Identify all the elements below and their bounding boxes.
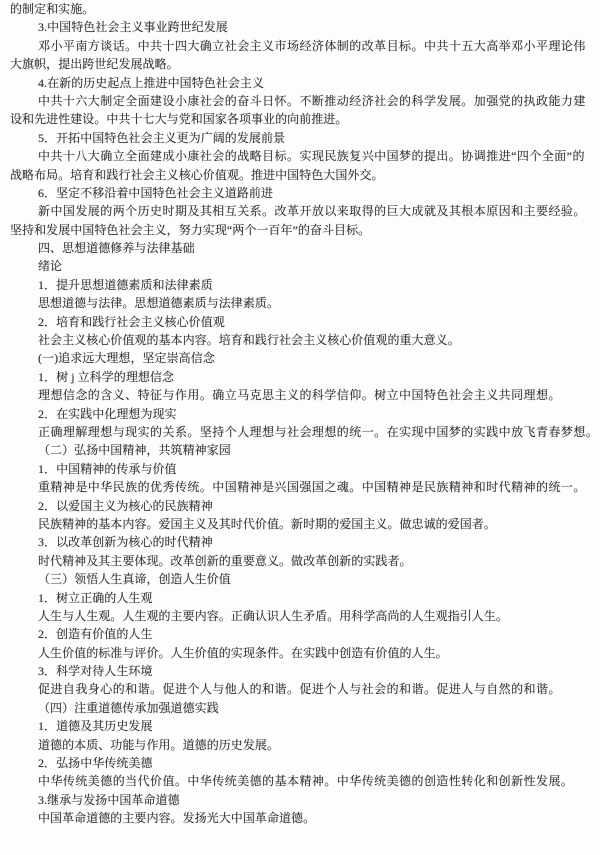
text-line: 3．以改革创新为核心的时代精神 [10, 533, 590, 551]
text-line: 2．在实践中化理想为现实 [10, 405, 590, 423]
text-line: 绪论 [10, 257, 590, 275]
text-line: （四）注重道德传承加强道德实践 [10, 699, 590, 717]
text-line: 6．坚定不移沿着中国特色社会主义道路前进 [10, 184, 590, 202]
text-line: 中共十八大确立全面建成小康社会的战略目标。实现民族复兴中国梦的提出。协调推进“四… [10, 147, 590, 165]
text-line: 战略布局。培育和践行社会主义核心价值观。推进中国特色大国外交。 [10, 166, 590, 184]
text-line: 设和先进性建设。中共十七大与党和国家各项事业的向前推进。 [10, 110, 590, 128]
text-line: 3．科学对待人生环境 [10, 662, 590, 680]
text-line: 的制定和实施。 [10, 0, 590, 18]
text-line: （二）弘扬中国精神，共筑精神家园 [10, 441, 590, 459]
text-line: 5．开拓中国特色社会主义更为广阔的发展前景 [10, 129, 590, 147]
text-line: 正确理解理想与现实的关系。坚持个人理想与社会理想的统一。在实现中国梦的实践中放飞… [10, 423, 590, 441]
text-line: 时代精神及其主要体现。改革创新的重要意义。做改革创新的实践者。 [10, 552, 590, 570]
text-line: 1．树立正确的人生观 [10, 589, 590, 607]
text-line: （三）领悟人生真谛，创造人生价值 [10, 570, 590, 588]
text-line: 重精神是中华民族的优秀传统。中国精神是兴国强国之魂。中国精神是民族精神和时代精神… [10, 478, 590, 496]
text-line: 人生价值的标准与评价。人生价值的实现条件。在实践中创造有价值的人生。 [10, 644, 590, 662]
text-line: 2．培育和践行社会主义核心价值观 [10, 313, 590, 331]
text-line: 邓小平南方谈话。中共十四大确立社会主义市场经济体制的改革目标。中共十五大高举邓小… [10, 37, 590, 55]
text-line: 2．以爱国主义为核心的民族精神 [10, 497, 590, 515]
text-line: 社会主义核心价值观的基本内容。培育和践行社会主义核心价值观的重大意义。 [10, 331, 590, 349]
text-line: 人生与人生观。人生观的主要内容。正确认识人生矛盾。用科学高尚的人生观指引人生。 [10, 607, 590, 625]
text-line: 道德的本质、功能与作用。道德的历史发展。 [10, 736, 590, 754]
text-line: 大旗帜，提出跨世纪发展战略。 [10, 55, 590, 73]
text-line: 中共十六大制定全面建设小康社会的奋斗日怀。不断推动经济社会的科学发展。加强党的执… [10, 92, 590, 110]
text-line: 4.在新的历史起点上推进中国特色社会主义 [10, 74, 590, 92]
text-line: 中国革命道德的主要内容。发扬光大中国革命道德。 [10, 809, 590, 827]
text-line: 2．创造有价值的人生 [10, 625, 590, 643]
text-line: 3.继承与发扬中国革命道德 [10, 791, 590, 809]
text-line: 3.中国特色社会主义事业跨世纪发展 [10, 18, 590, 36]
text-line: 新中国发展的两个历史时期及其相互关系。改革开放以来取得的巨大成就及其根本原因和主… [10, 202, 590, 220]
text-line: 1．提升思想道德素质和法律素质 [10, 276, 590, 294]
text-line: 1．中国精神的传承与价值 [10, 460, 590, 478]
text-line: 思想道德与法律。思想道德素质与法律素质。 [10, 294, 590, 312]
text-line: 1．道德及其历史发展 [10, 717, 590, 735]
text-line: 坚持和发展中国特色社会主义，努力实现“两个一百年”的奋斗目标。 [10, 221, 590, 239]
text-line: 1．树 j 立科学的理想信念 [10, 368, 590, 386]
document-page: 的制定和实施。 3.中国特色社会主义事业跨世纪发展 邓小平南方谈话。中共十四大确… [0, 0, 600, 855]
text-line: (一)追求远大理想，坚定崇高信念 [10, 349, 590, 367]
text-line: 中华传统美德的当代价值。中华传统美德的基本精神。中华传统美德的创造性转化和创新性… [10, 772, 590, 790]
text-line: 四、思想道德修养与法律基础 [10, 239, 590, 257]
text-line: 2．弘扬中华传统美德 [10, 754, 590, 772]
text-line: 理想信念的含义、特征与作用。确立马克思主义的科学信仰。树立中国特色社会主义共同理… [10, 386, 590, 404]
text-line: 促进自我身心的和谐。促进个人与他人的和谐。促进个人与社会的和谐。促进人与自然的和… [10, 680, 590, 698]
text-line: 民族精神的基本内容。爱国主义及其时代价值。新时期的爱国主义。做忠诚的爱国者。 [10, 515, 590, 533]
